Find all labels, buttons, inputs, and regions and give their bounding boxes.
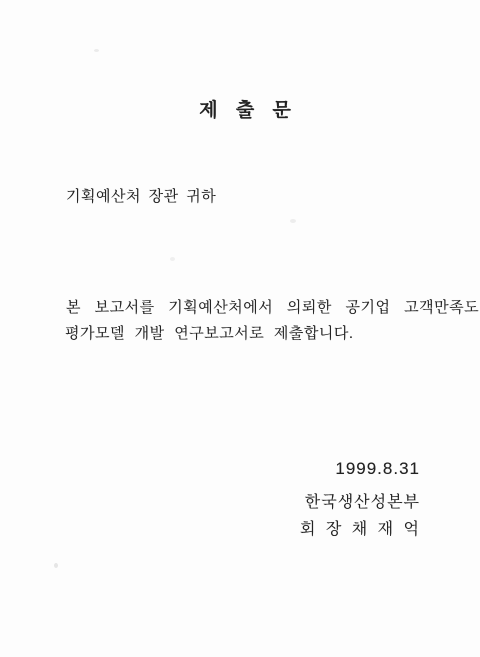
document-title: 제 출 문 <box>0 95 480 122</box>
scan-speck <box>290 219 296 223</box>
body-paragraph-line-2: 평가모델 개발 연구보고서로 제출합니다. <box>65 322 354 343</box>
scan-speck <box>54 563 58 568</box>
scan-speck <box>94 49 99 52</box>
body-paragraph-line-1: 본 보고서를 기획예산처에서 의뢰한 공기업 고객만족도 <box>66 296 434 317</box>
signature-signatory: 회 장 채 재 억 <box>300 516 420 539</box>
signature-date: 1999.8.31 <box>335 459 420 479</box>
signature-organization: 한국생산성본부 <box>305 489 420 512</box>
recipient-line: 기획예산처 장관 귀하 <box>66 185 216 206</box>
document-page: 제 출 문 기획예산처 장관 귀하 본 보고서를 기획예산처에서 의뢰한 공기업… <box>0 0 480 657</box>
scan-speck <box>170 257 175 261</box>
